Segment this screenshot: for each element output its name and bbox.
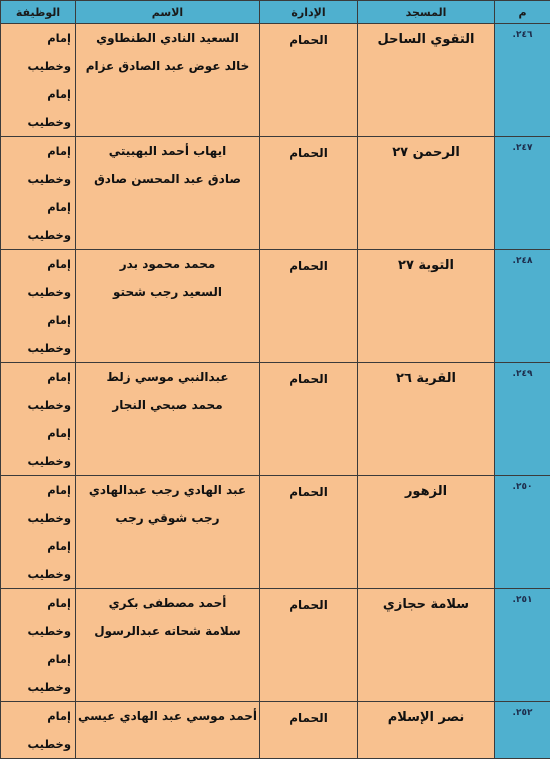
names-cell: محمد محمود بدر السعيد رجب شحتو	[76, 250, 260, 363]
administration-name: الحمام	[260, 250, 357, 280]
administration-cell: الحمام	[260, 137, 358, 250]
role-label: إمام وخطيب	[1, 193, 75, 249]
mosque-name: القرية ٢٦	[358, 363, 494, 393]
table-row: ٢٤٧. الرحمن ٢٧ الحمام ايهاب أحمد البهبيت…	[1, 137, 550, 250]
mosque-name: التوبة ٢٧	[358, 250, 494, 280]
role-label: إمام وخطيب	[1, 80, 75, 136]
administration-name: الحمام	[260, 137, 357, 167]
table-row: ٢٤٨. التوبة ٢٧ الحمام محمد محمود بدر الس…	[1, 250, 550, 363]
administration-cell: الحمام	[260, 24, 358, 137]
header-role: الوظيفة	[1, 1, 76, 24]
header-name: الاسم	[76, 1, 260, 24]
imams-table: م المسجد الإدارة الاسم الوظيفة ٢٤٦. التق…	[0, 0, 550, 399]
role-label: إمام وخطيب	[1, 24, 75, 80]
administration-cell: الحمام	[260, 250, 358, 363]
names-cell: السعيد النادي الطنطاوي خالد عوض عبد الصا…	[76, 24, 260, 137]
person-name: السعيد النادي الطنطاوي	[76, 24, 259, 52]
serial-cell: ٢٤٦.	[495, 24, 550, 137]
administration-name: الحمام	[260, 24, 357, 54]
person-name: السعيد رجب شحتو	[76, 278, 259, 306]
role-label: إمام وخطيب	[1, 363, 75, 399]
roles-cell: إمام وخطيب إمام وخطيب	[1, 363, 76, 400]
mosque-cell: الرحمن ٢٧	[358, 137, 495, 250]
roles-cell: إمام وخطيب إمام وخطيب	[1, 250, 76, 363]
mosque-cell: التوبة ٢٧	[358, 250, 495, 363]
administration-cell: الحمام	[260, 363, 358, 400]
person-name: محمد محمود بدر	[76, 250, 259, 278]
role-label: إمام وخطيب	[1, 137, 75, 193]
person-name: صادق عبد المحسن صادق	[76, 165, 259, 193]
person-name: عبدالنبي موسي زلط	[76, 363, 259, 391]
table-row: ٢٤٩. القرية ٢٦ الحمام عبدالنبي موسي زلط …	[1, 363, 550, 400]
names-cell: عبدالنبي موسي زلط محمد صبحي النجار	[76, 363, 260, 400]
roles-cell: إمام وخطيب إمام وخطيب	[1, 24, 76, 137]
person-name: خالد عوض عبد الصادق عزام	[76, 52, 259, 80]
person-name: محمد صبحي النجار	[76, 391, 259, 399]
header-administration: الإدارة	[260, 1, 358, 24]
role-label: إمام وخطيب	[1, 306, 75, 362]
administration-name: الحمام	[260, 363, 357, 393]
serial-cell: ٢٤٩.	[495, 363, 550, 400]
table-row: ٢٤٦. التقوي الساحل الحمام السعيد النادي …	[1, 24, 550, 137]
mosque-cell: القرية ٢٦	[358, 363, 495, 400]
names-cell: ايهاب أحمد البهبيتي صادق عبد المحسن صادق	[76, 137, 260, 250]
mosque-name: الرحمن ٢٧	[358, 137, 494, 167]
serial-cell: ٢٤٨.	[495, 250, 550, 363]
mosque-name: التقوي الساحل	[358, 24, 494, 54]
header-row: م المسجد الإدارة الاسم الوظيفة	[1, 1, 550, 24]
header-serial: م	[495, 1, 550, 24]
serial-cell: ٢٤٧.	[495, 137, 550, 250]
person-name: ايهاب أحمد البهبيتي	[76, 137, 259, 165]
role-label: إمام وخطيب	[1, 250, 75, 306]
roles-cell: إمام وخطيب إمام وخطيب	[1, 137, 76, 250]
header-mosque: المسجد	[358, 1, 495, 24]
mosque-cell: التقوي الساحل	[358, 24, 495, 137]
